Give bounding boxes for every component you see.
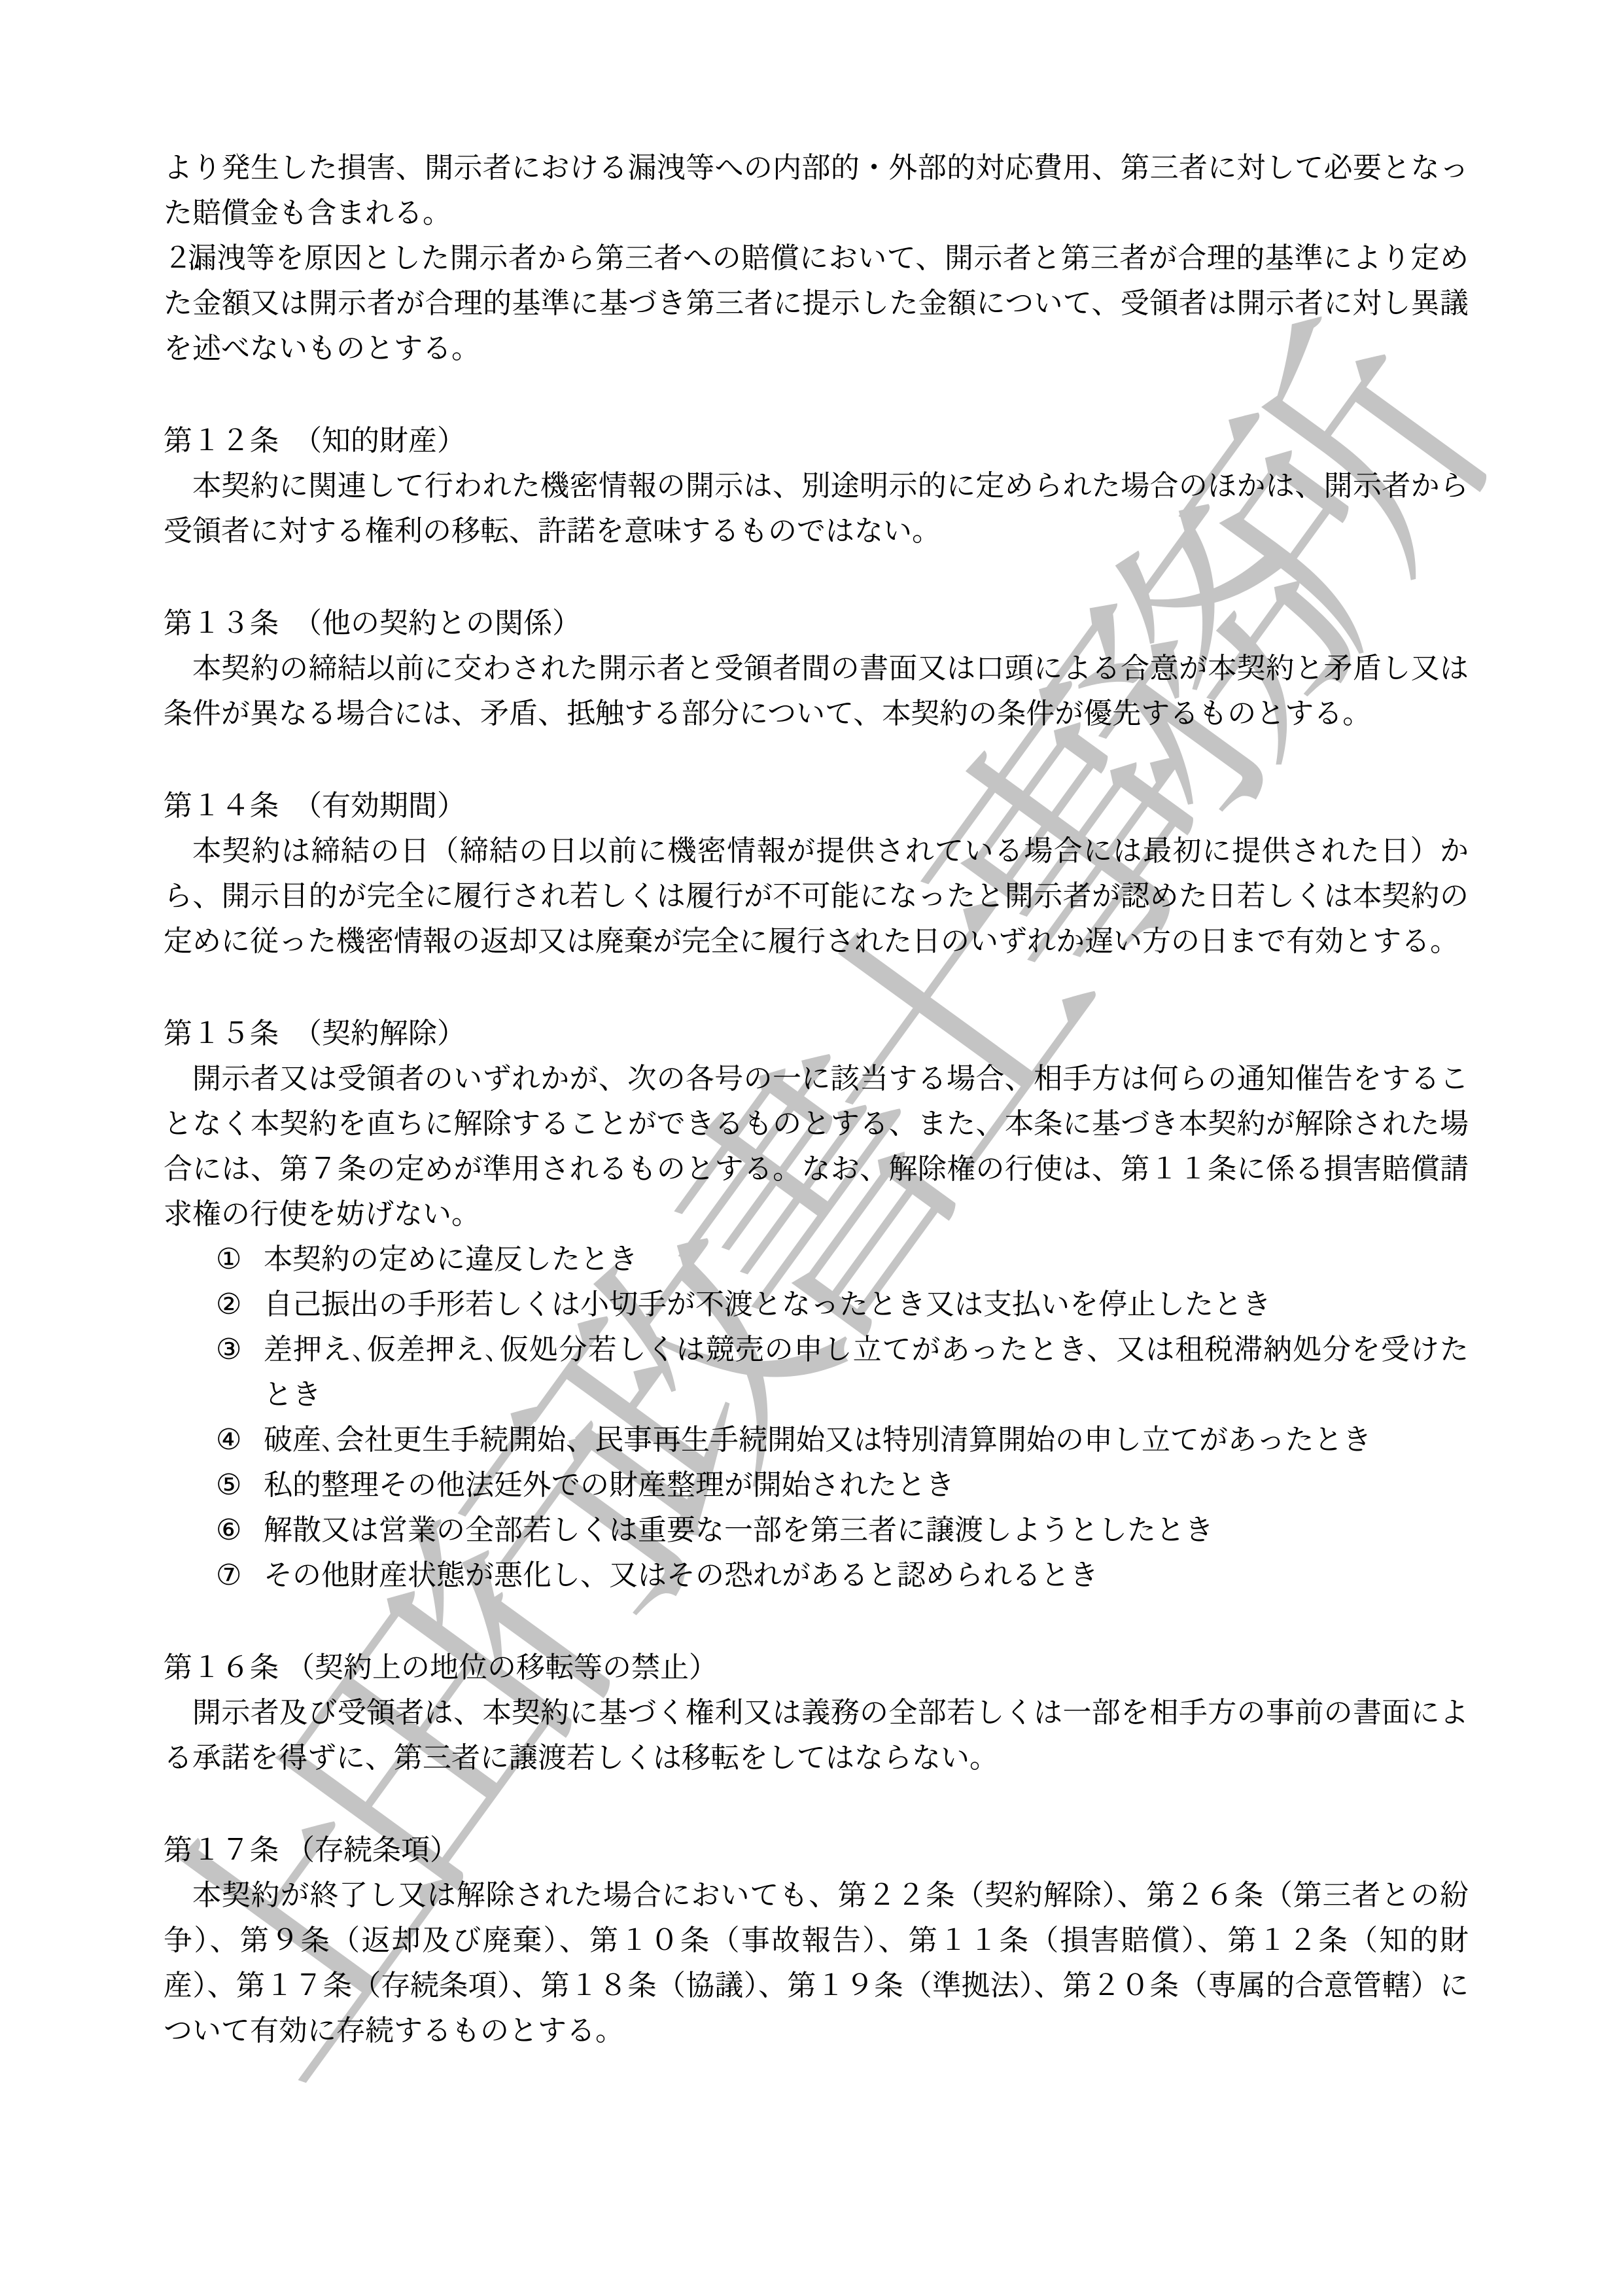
article-14-body: 本契約は締結の日（締結の日以前に機密情報が提供されている場合には最初に提供された… [164,828,1469,964]
clause-item-2: ② 自己振出の手形若しくは小切手が不渡となったとき又は支払いを停止したとき [216,1282,1469,1327]
article-13-heading: 第１３条 （他の契約との関係） [164,601,1469,646]
clause-4-marker: ④ [216,1417,241,1462]
clause-item-6: ⑥ 解散又は営業の全部若しくは重要な一部を第三者に譲渡しようとしたとき [216,1508,1469,1553]
clause-3-text: 差押え､仮差押え､仮処分若しくは競売の申し立てがあったとき、又は租税滞納処分を受… [264,1333,1469,1411]
article-15-body: 開示者又は受領者のいずれかが、次の各号の一に該当する場合、相手方は何らの通知催告… [164,1056,1469,1237]
clause-2-text: 自己振出の手形若しくは小切手が不渡となったとき又は支払いを停止したとき [264,1288,1271,1320]
article-16-heading: 第１６条 （契約上の地位の移転等の禁止） [164,1645,1469,1690]
clause-item-1: ① 本契約の定めに違反したとき [216,1237,1469,1282]
clause-4-text: 破産､会社更生手続開始、民事再生手続開始又は特別清算開始の申し立てがあったとき [264,1424,1372,1456]
article-17: 第１７条 （存続条項） 本契約が終了し又は解除された場合においても、第２２条（契… [164,1828,1469,2053]
paragraph-continuation: より発生した損害、開示者における漏洩等への内部的・外部的対応費用、第三者に対して… [164,145,1469,236]
clause-1-text: 本契約の定めに違反したとき [264,1243,638,1275]
article-16-body: 開示者及び受領者は、本契約に基づく権利又は義務の全部若しくは一部を相手方の事前の… [164,1690,1469,1780]
clause-7-text: その他財産状態が悪化し、又はその恐れがあると認められるとき [264,1559,1098,1591]
contract-document-page: 上田行政書士事務所 より発生した損害、開示者における漏洩等への内部的・外部的対応… [0,0,1623,2296]
clause-3-marker: ③ [216,1327,241,1372]
article-14: 第１４条 （有効期間） 本契約は締結の日（締結の日以前に機密情報が提供されている… [164,783,1469,964]
article-12: 第１２条 （知的財産） 本契約に関連して行われた機密情報の開示は、別途明示的に定… [164,418,1469,554]
article-16: 第１６条 （契約上の地位の移転等の禁止） 開示者及び受領者は、本契約に基づく権利… [164,1645,1469,1780]
clause-6-text: 解散又は営業の全部若しくは重要な一部を第三者に譲渡しようとしたとき [264,1514,1213,1546]
article-17-heading: 第１７条 （存続条項） [164,1828,1469,1873]
termination-clause-list: ① 本契約の定めに違反したとき ② 自己振出の手形若しくは小切手が不渡となったと… [216,1237,1469,1598]
article-15: 第１５条 （契約解除） 開示者又は受領者のいずれかが、次の各号の一に該当する場合… [164,1011,1469,1598]
article-12-body: 本契約に関連して行われた機密情報の開示は、別途明示的に定められた場合のほかは、開… [164,463,1469,554]
clause-item-4: ④ 破産､会社更生手続開始、民事再生手続開始又は特別清算開始の申し立てがあったと… [216,1417,1469,1462]
clause-item-3: ③ 差押え､仮差押え､仮処分若しくは競売の申し立てがあったとき、又は租税滞納処分… [216,1327,1469,1417]
article-15-heading: 第１５条 （契約解除） [164,1011,1469,1056]
item-text: 漏洩等を原因とした開示者から第三者への賠償において、開示者と第三者が合理的基準に… [164,236,1469,371]
article-13-body: 本契約の締結以前に交わされた開示者と受領者間の書面又は口頭による合意が本契約と矛… [164,646,1469,736]
item-number-marker: ２． [164,236,221,281]
clause-5-text: 私的整理その他法廷外での財産整理が開始されたとき [264,1469,954,1501]
clause-item-7: ⑦ その他財産状態が悪化し、又はその恐れがあると認められるとき [216,1553,1469,1598]
article-14-heading: 第１４条 （有効期間） [164,783,1469,828]
article-17-body: 本契約が終了し又は解除された場合においても、第２２条（契約解除）、第２６条（第三… [164,1873,1469,2053]
article-12-heading: 第１２条 （知的財産） [164,418,1469,463]
clause-5-marker: ⑤ [216,1462,241,1508]
clause-2-marker: ② [216,1282,241,1327]
clause-item-5: ⑤ 私的整理その他法廷外での財産整理が開始されたとき [216,1462,1469,1508]
document-content: より発生した損害、開示者における漏洩等への内部的・外部的対応費用、第三者に対して… [164,145,1469,2053]
clause-1-marker: ① [216,1237,241,1282]
numbered-item-2: ２． 漏洩等を原因とした開示者から第三者への賠償において、開示者と第三者が合理的… [164,236,1469,371]
clause-6-marker: ⑥ [216,1508,241,1553]
article-13: 第１３条 （他の契約との関係） 本契約の締結以前に交わされた開示者と受領者間の書… [164,601,1469,736]
clause-7-marker: ⑦ [216,1553,241,1598]
